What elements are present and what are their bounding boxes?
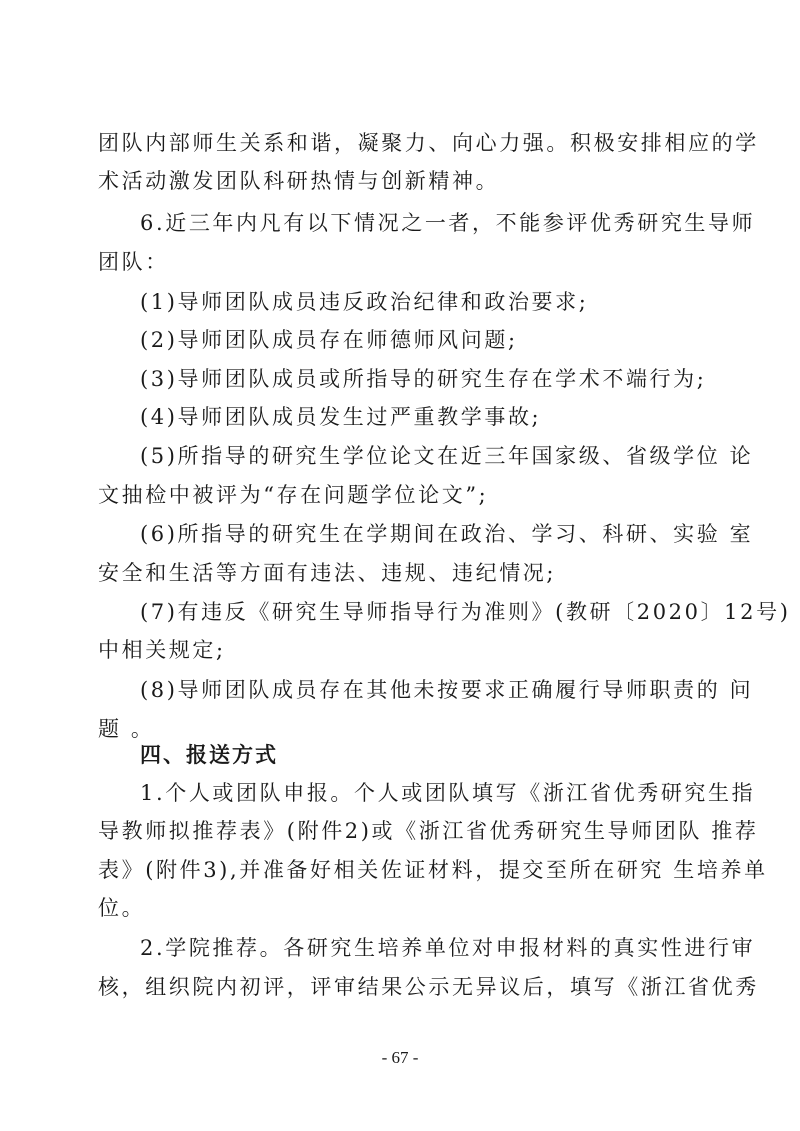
paragraph-line: 核，组织院内初评，评审结果公示无异议后，填写《浙江省优秀 <box>98 974 702 1000</box>
paragraph-line: (3)导师团队成员或所指导的研究生存在学术不端行为; <box>140 366 702 392</box>
paragraph-line: (1)导师团队成员违反政治纪律和政治要求; <box>140 289 702 315</box>
paragraph-line: (6)所指导的研究生在学期间在政治、学习、科研、实验 室 <box>140 521 702 547</box>
paragraph-line: 位。 <box>98 895 702 921</box>
paragraph-line: 表》(附件3),并准备好相关佐证材料，提交至所在研究 生培养单 <box>98 857 702 883</box>
paragraph-line: 中相关规定; <box>98 637 702 663</box>
paragraph-line: (4)导师团队成员发生过严重教学事故; <box>140 404 702 430</box>
document-page: 团队内部师生关系和谐，凝聚力、向心力强。积极安排相应的学术活动激发团队科研热情与… <box>0 0 800 1131</box>
paragraph-line: 团队： <box>98 249 702 275</box>
paragraph-line: 团队内部师生关系和谐，凝聚力、向心力强。积极安排相应的学 <box>98 130 702 156</box>
page-number: - 67 - <box>0 1048 800 1068</box>
paragraph-line: 2.学院推荐。各研究生培养单位对申报材料的真实性进行审 <box>140 935 702 961</box>
paragraph-line: (2)导师团队成员存在师德师风问题; <box>140 327 702 353</box>
paragraph-line: (7)有违反《研究生导师指导行为准则》(教研〔2020〕12号) <box>140 599 702 625</box>
paragraph-line: 题 。 <box>98 716 702 742</box>
paragraph-line: (5)所指导的研究生学位论文在近三年国家级、省级学位 论 <box>140 443 702 469</box>
paragraph-line: 术活动激发团队科研热情与创新精神。 <box>98 168 702 194</box>
paragraph-line: (8)导师团队成员存在其他未按要求正确履行导师职责的 问 <box>140 677 702 703</box>
paragraph-line: 文抽检中被评为“存在问题学位论文”; <box>98 482 702 508</box>
paragraph-line: 1.个人或团队申报。个人或团队填写《浙江省优秀研究生指 <box>140 780 702 806</box>
paragraph-line: 6.近三年内凡有以下情况之一者，不能参评优秀研究生导师 <box>140 210 702 236</box>
paragraph-line: 导教师拟推荐表》(附件2)或《浙江省优秀研究生导师团队 推荐 <box>98 818 702 844</box>
section-heading: 四、报送方式 <box>140 742 702 768</box>
paragraph-line: 安全和生活等方面有违法、违规、违纪情况; <box>98 560 702 586</box>
